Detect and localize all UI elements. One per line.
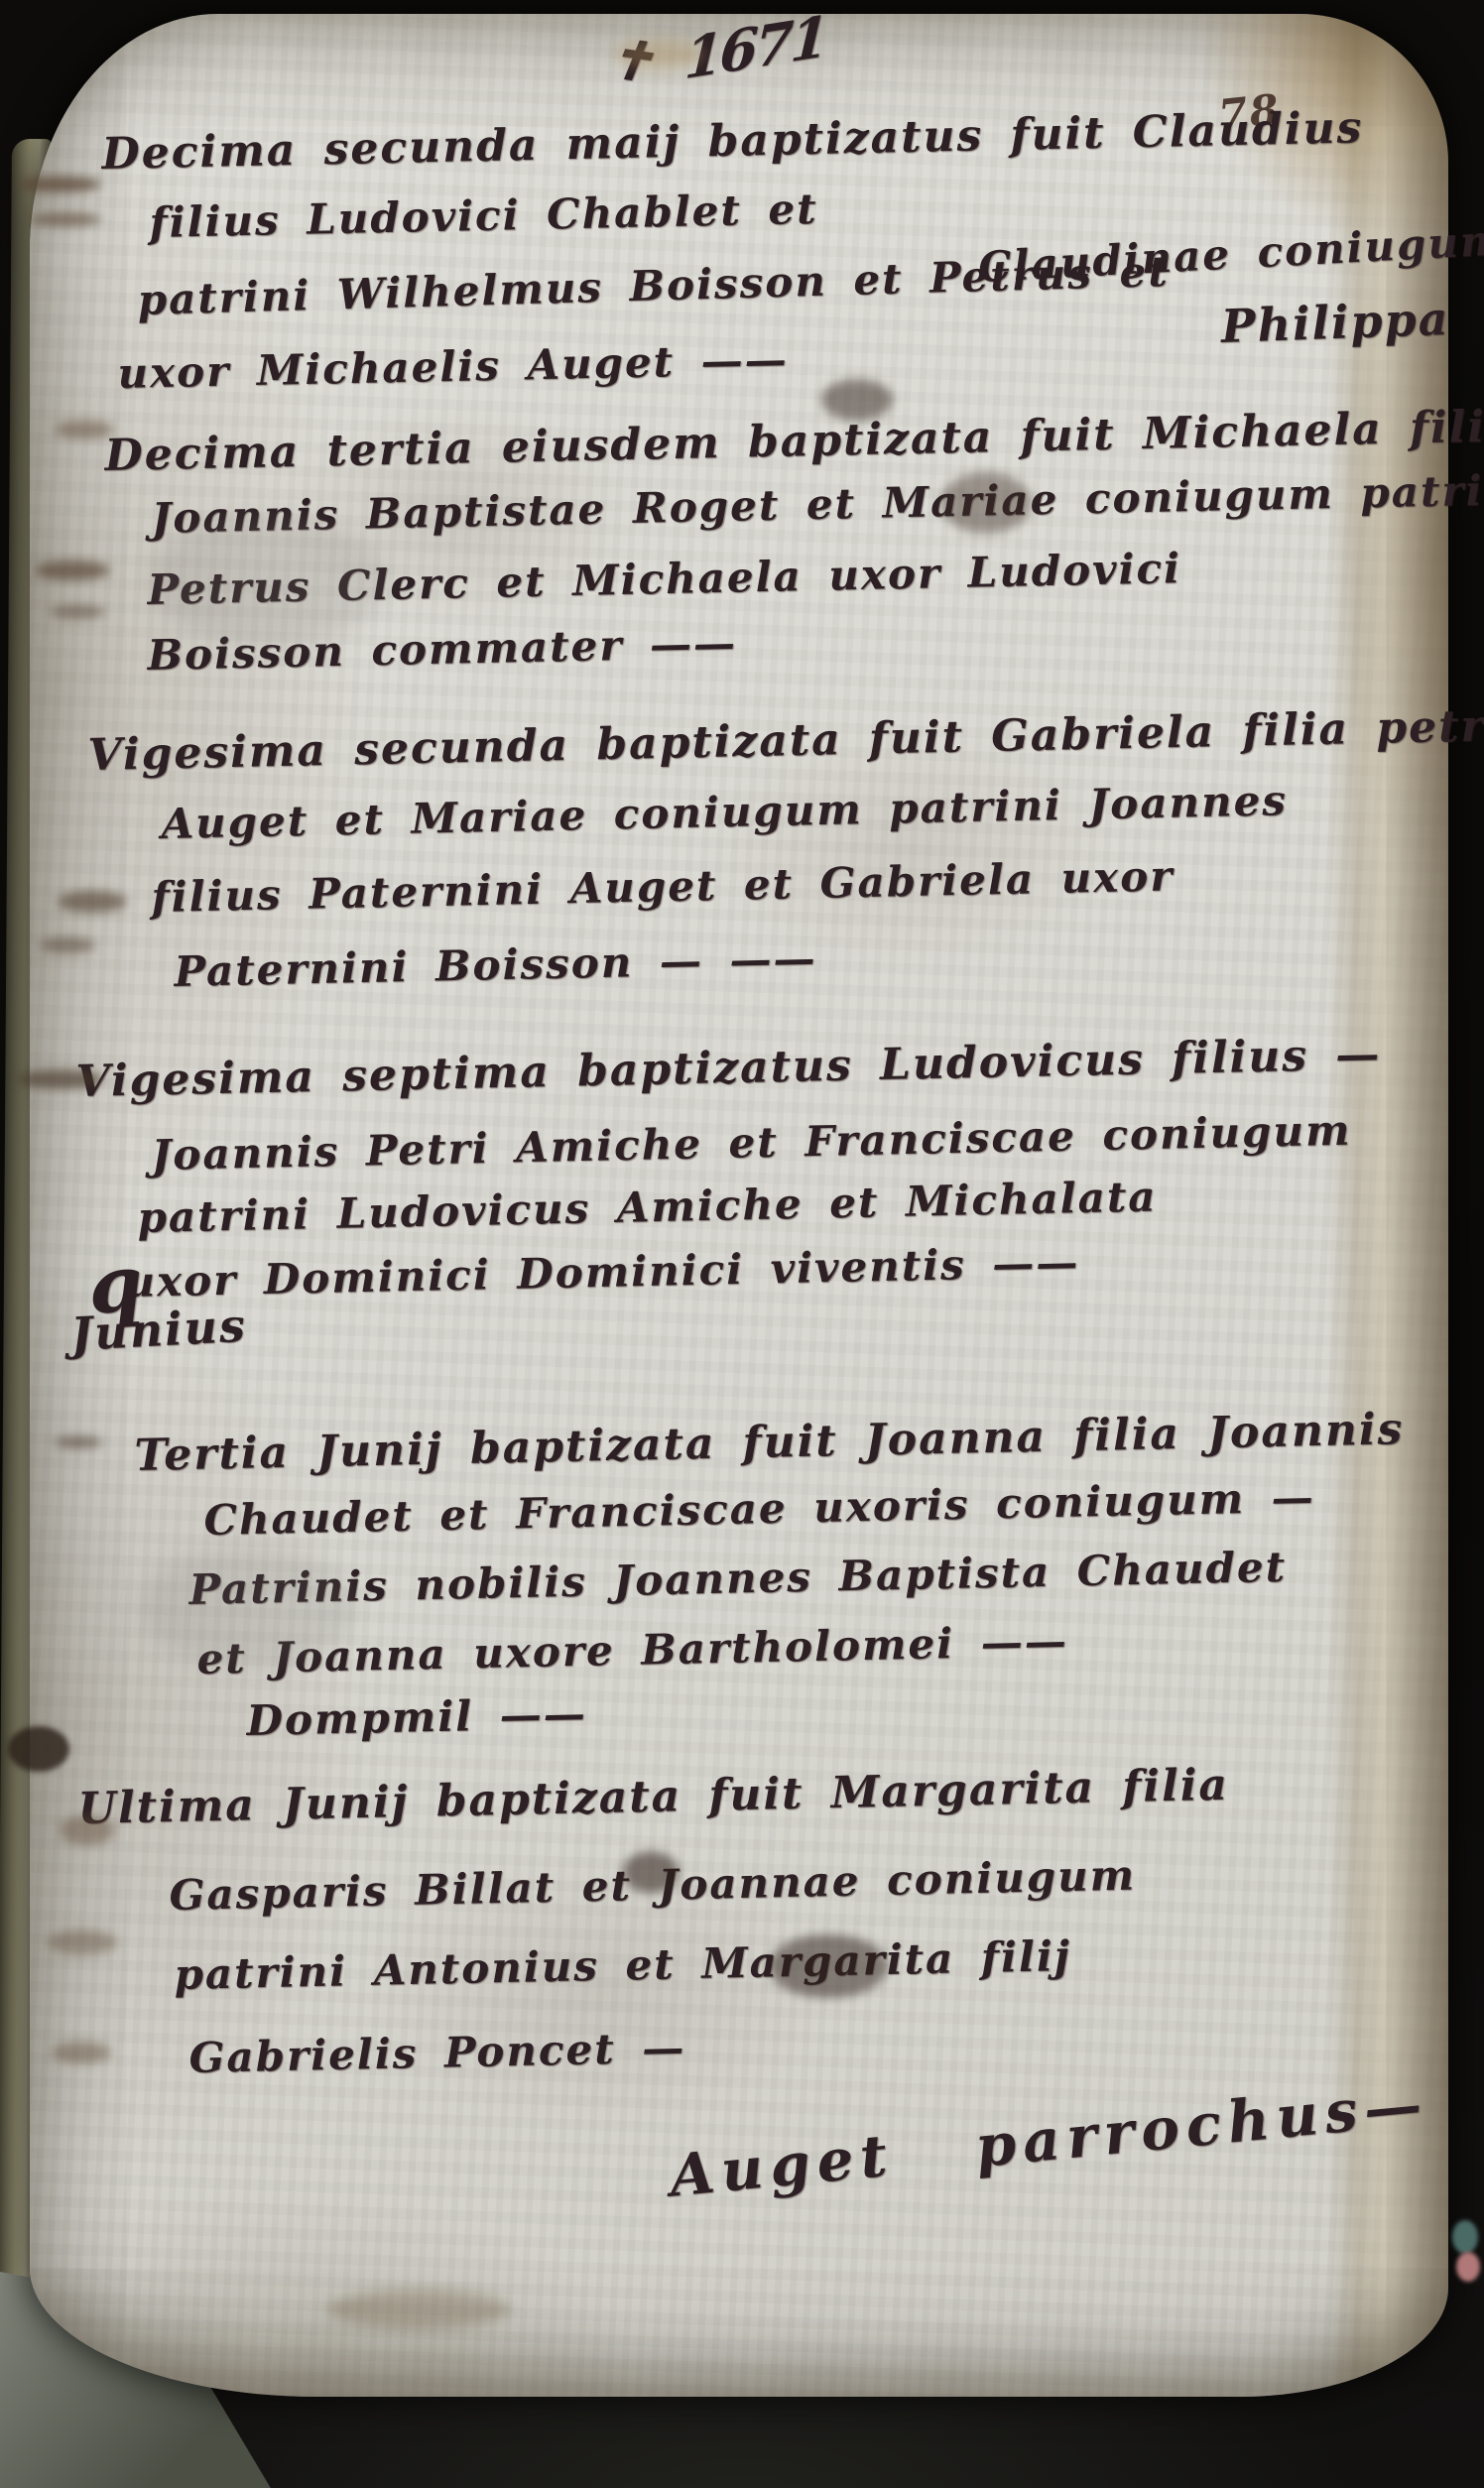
ink-smudge [52, 2042, 111, 2063]
bleed-through-mark [149, 516, 387, 645]
ink-blot [769, 1934, 888, 1998]
ink-smudge [55, 1436, 102, 1448]
ink-smudge [55, 421, 114, 438]
ink-smudge [8, 1726, 69, 1772]
ink-smudge [30, 212, 101, 226]
bleed-through-mark [139, 1548, 357, 1667]
ink-smudge [35, 560, 110, 580]
ink-smudge [58, 891, 127, 913]
record-5-line-5: Dompmil —— [246, 1689, 587, 1745]
ink-smudge [18, 177, 101, 192]
cloth-fleck-teal [1452, 2220, 1478, 2254]
cloth-fleck-pink [1456, 2252, 1480, 2282]
record-6-line-4: Gabrielis Poncet — [188, 2024, 686, 2082]
ink-smudge [18, 1069, 103, 1089]
ink-smudge [60, 1815, 115, 1845]
paper-stain [615, 40, 704, 69]
margin-month-note: Junius [69, 1299, 248, 1361]
record-1-line-5: Philippa [1220, 292, 1450, 353]
ink-blot [821, 379, 893, 421]
bleed-through-mark [327, 2290, 511, 2329]
ink-smudge [40, 937, 95, 953]
register-page-photo: ✝ 1671 78 Decima secunda maij baptizatus… [0, 0, 1484, 2488]
ink-smudge [50, 605, 105, 619]
ink-blot [940, 472, 1032, 534]
ink-smudge [48, 1929, 117, 1955]
ink-blot [623, 1851, 679, 1893]
